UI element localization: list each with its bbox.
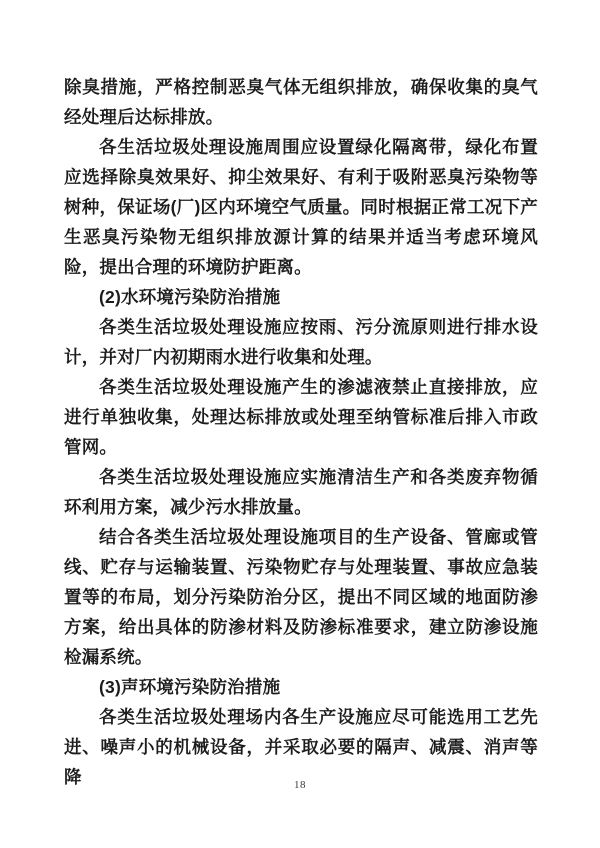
paragraph: (3)声环境污染防治措施 [64, 672, 538, 702]
paragraph: 各类生活垃圾处理设施应实施清洁生产和各类废弃物循环利用方案，减少污水排放量。 [64, 462, 538, 522]
document-body-text: 除臭措施，严格控制恶臭气体无组织排放，确保收集的臭气经处理后达标排放。各生活垃圾… [64, 72, 538, 792]
paragraph: 各类生活垃圾处理设施产生的渗滤液禁止直接排放，应进行单独收集，处理达标排放或处理… [64, 372, 538, 462]
document-page: 除臭措施，严格控制恶臭气体无组织排放，确保收集的臭气经处理后达标排放。各生活垃圾… [0, 0, 600, 848]
paragraph: 各生活垃圾处理设施周围应设置绿化隔离带，绿化布置应选择除臭效果好、抑尘效果好、有… [64, 132, 538, 282]
paragraph: 除臭措施，严格控制恶臭气体无组织排放，确保收集的臭气经处理后达标排放。 [64, 72, 538, 132]
paragraph: (2)水环境污染防治措施 [64, 282, 538, 312]
page-number: 18 [0, 779, 600, 791]
paragraph: 各类生活垃圾处理设施应按雨、污分流原则进行排水设计，并对厂内初期雨水进行收集和处… [64, 312, 538, 372]
paragraph: 结合各类生活垃圾处理设施项目的生产设备、管廊或管线、贮存与运输装置、污染物贮存与… [64, 522, 538, 672]
